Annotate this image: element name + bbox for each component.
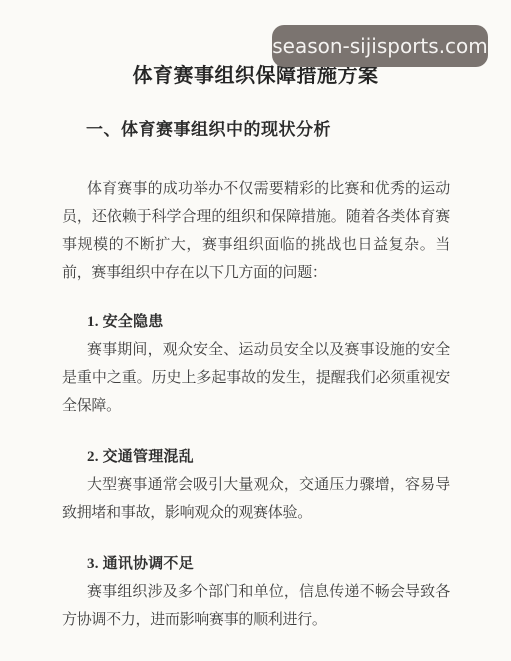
problem-item-1: 1. 安全隐患 赛事期间，观众安全、运动员安全以及赛事设施的安全是重中之重。历史… (62, 308, 450, 420)
problem-item-label: 3. 通讯协调不足 (87, 550, 450, 578)
document-body: 一、体育赛事组织中的现状分析 体育赛事的成功举办不仅需要精彩的比赛和优秀的运动员… (62, 118, 450, 634)
problem-item-3: 3. 通讯协调不足 赛事组织涉及多个部门和单位，信息传递不畅会导致各方协调不力，… (62, 550, 450, 634)
problem-item-body: 赛事期间，观众安全、运动员安全以及赛事设施的安全是重中之重。历史上多起事故的发生… (62, 336, 450, 420)
problem-item-label: 1. 安全隐患 (87, 308, 450, 336)
document-page: season-sijisports.com 体育赛事组织保障措施方案 一、体育赛… (0, 0, 511, 661)
problem-item-2: 2. 交通管理混乱 大型赛事通常会吸引大量观众，交通压力骤增，容易导致拥堵和事故… (62, 443, 450, 527)
problem-item-body: 大型赛事通常会吸引大量观众，交通压力骤增，容易导致拥堵和事故，影响观众的观赛体验… (62, 471, 450, 527)
problem-item-label: 2. 交通管理混乱 (87, 443, 450, 471)
problem-item-body: 赛事组织涉及多个部门和单位，信息传递不畅会导致各方协调不力，进而影响赛事的顺利进… (62, 578, 450, 634)
section-intro-paragraph: 体育赛事的成功举办不仅需要精彩的比赛和优秀的运动员，还依赖于科学合理的组织和保障… (62, 175, 450, 287)
watermark-badge: season-sijisports.com (272, 25, 488, 67)
section-heading: 一、体育赛事组织中的现状分析 (86, 118, 450, 142)
watermark-text: season-sijisports.com (272, 34, 488, 58)
